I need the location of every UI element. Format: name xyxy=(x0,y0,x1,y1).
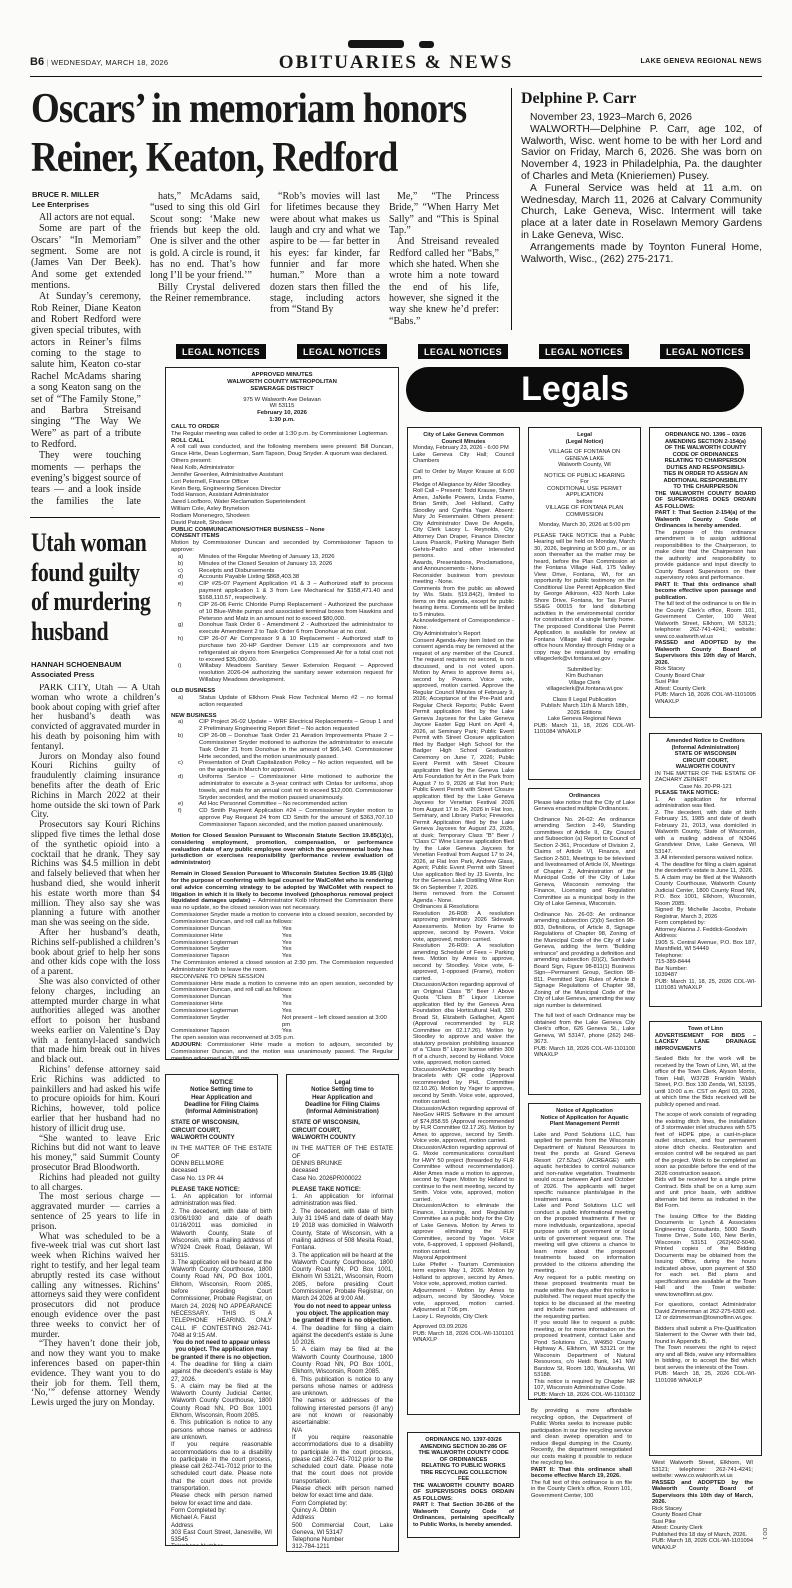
paragraph: PUB: March 18, 2026 COL-WI-1101095 WNAXL… xyxy=(655,692,756,705)
legal-notices-bar-1: LEGAL NOTICES xyxy=(176,344,266,359)
paragraph: 1. An application for informal administr… xyxy=(292,1193,393,1208)
paragraph: deceased xyxy=(292,1167,393,1174)
legal-notices-bar-3: LEGAL NOTICES xyxy=(418,344,508,359)
paragraph: Any request for a public meeting on thes… xyxy=(534,1275,635,1321)
paragraph: Please take notice that the City of Lake… xyxy=(534,800,635,813)
paragraph: “Rob’s movies will last for lifetimes be… xyxy=(270,191,380,316)
byline-author: BRUCE R. MILLER xyxy=(32,190,142,200)
paragraph: Comments from the public as allowed by W… xyxy=(413,586,514,619)
paragraph: 3. The application will be heard at the … xyxy=(292,1252,393,1303)
paragraph: Commissioner Hirte made a motion to conv… xyxy=(171,981,393,995)
paragraph: Case No. 2026PR000022 xyxy=(292,1175,393,1182)
paragraph: Jared Loofboro, Water Reclamation Superi… xyxy=(171,499,393,506)
paragraph: Todd Hanson, Assistant Administrator xyxy=(171,492,393,499)
obituary-body: November 23, 1923–March 6, 2026WALWORTH—… xyxy=(521,112,762,332)
paragraph: Monday, February 23, 2026 - 6:00 PM xyxy=(413,445,514,452)
paragraph: The Issuing Office for the Bidding Docum… xyxy=(655,1214,756,1299)
notice-estate-bellmore: NOTICENotice Setting time toHear Applica… xyxy=(165,1074,278,1546)
paragraph: Notice Setting time to xyxy=(292,1086,393,1093)
paragraph: Lake and Pond Solutions LLC will conduct… xyxy=(534,1203,635,1275)
legals-banner: Legals xyxy=(406,367,744,412)
paragraph: Consent Agenda-Any item listed on the co… xyxy=(413,638,514,892)
notice-ordinance-1396-continuation: West Walworth Street, Elkhorn, WI 53121;… xyxy=(651,1460,754,1575)
paragraph: Resolution 26-R08: A resolution approvin… xyxy=(413,911,514,944)
paragraph: Deadline for Filing Claims xyxy=(171,1101,272,1108)
paragraph: The full text of this ordinance is on fi… xyxy=(531,1480,632,1500)
lead-column-1: All actors are not equal.Some are part o… xyxy=(31,212,141,508)
paragraph: At Sunday’s ceremony, Rob Reiner, Diane … xyxy=(31,291,141,450)
paragraph: If you require reasonable accommodations… xyxy=(171,1441,272,1492)
paragraph: The scope of work consists of regrading … xyxy=(655,1112,756,1177)
paragraph: “She wanted to leave Eric Richins but di… xyxy=(31,1135,160,1174)
notice-ordinance-1397: ORDINANCE NO. 1397-03/26AMENDING SECTION… xyxy=(407,1432,520,1538)
paragraph: 5. A claim may be filed at the Walworth … xyxy=(655,875,756,908)
paragraph: STATE OF WISCONSIN, xyxy=(292,1119,393,1126)
paragraph: David Patzelt, Shodeen xyxy=(171,520,393,527)
paragraph: Awards, Presentations, Proclamations, an… xyxy=(413,560,514,573)
paragraph: Call to Order by Mayor Krause at 6:00 pm… xyxy=(413,469,514,482)
paragraph: The names or addresses of the following … xyxy=(292,1397,393,1426)
notice-creditors-zeinert: Amended Notice to Creditors(Informal Adm… xyxy=(649,733,762,1007)
paragraph: The purpose of this ordinance amendment … xyxy=(655,530,756,582)
paragraph: Others present: xyxy=(171,458,393,465)
legal-notices-bar-5: LEGAL NOTICES xyxy=(660,344,750,359)
paragraph: Jurors on Monday also found Kouri Richin… xyxy=(31,753,160,822)
lead-headline-line1: Oscars’ in memoriam honors xyxy=(31,85,453,134)
paragraph: You do not need to appear unless you obj… xyxy=(171,1339,272,1361)
paragraph: Motion for Closed Session Pursuant to Wi… xyxy=(171,833,393,867)
paragraph: PART II: That this ordinance shall becom… xyxy=(655,582,756,602)
paragraph: 2. The decedent, with date of birth July… xyxy=(292,1208,393,1252)
paragraph: RELATING TO PUBLIC WORKS xyxy=(413,1463,514,1470)
paragraph: Monday, March 30, 2026 at 5:00 pm xyxy=(534,522,635,529)
paragraph: ADJOURN: Commissioner Hirte made a motio… xyxy=(171,1042,393,1060)
paragraph: Address xyxy=(171,1522,272,1529)
paragraph: Telephone Number xyxy=(171,1543,272,1546)
paragraph: 2. The decedent, with date of birth Febr… xyxy=(655,810,756,856)
paragraph: (Informal Administration) xyxy=(171,1108,272,1115)
byline-org: Associated Press xyxy=(31,670,161,680)
paragraph: Ordinance No. 26-03: An ordinance amendi… xyxy=(534,912,635,1010)
paragraph: Ordinance No. 26-02: An ordinance amendi… xyxy=(534,817,635,908)
paragraph: Discussion/Action regarding approval of … xyxy=(413,982,514,1067)
paragraph: 3. The application will be heard at the … xyxy=(171,1259,272,1339)
notice-lake-geneva-ordinances: OrdinancesPlease take notice that the Ci… xyxy=(528,788,641,1095)
byline-org: Lee Enterprises xyxy=(32,200,142,210)
paragraph: CIRCUIT COURT, xyxy=(292,1127,393,1134)
paragraph: Commissioner DuncanYes xyxy=(171,926,393,933)
paragraph: For questions, contact Administrator Dav… xyxy=(655,1302,756,1322)
paragraph: Remain in Closed Session Pursuant to Wis… xyxy=(171,871,393,912)
utah-headline-line2: found guilty xyxy=(31,558,142,588)
paragraph: 303 East Court Street, Janesville, WI 53… xyxy=(171,1529,272,1544)
paragraph: Form Completed by: xyxy=(292,1500,393,1507)
paragraph: 4. The deadline for filing a claim again… xyxy=(292,1325,393,1347)
paragraph: 6. This publication is notice to any per… xyxy=(292,1376,393,1398)
paragraph: Commissioner DuncanYes xyxy=(171,994,393,1001)
paragraph: 312-784-1211 xyxy=(292,1543,393,1550)
paragraph: Lake and Pond Solutions LLC, has applied… xyxy=(534,1132,635,1204)
paragraph: She was also convicted of other felony c… xyxy=(31,978,160,1066)
obituary-name: Delphine P. Carr xyxy=(521,90,636,108)
paragraph: NOTICE xyxy=(171,1079,272,1086)
paragraph: IN THE MATTER OF THE ESTATE OF xyxy=(292,1145,393,1160)
paragraph: PUB: March 11, 18, 2026 COL-WI-1101084 W… xyxy=(534,723,635,736)
paragraph: WALWORTH COUNTY METROPOLITAN xyxy=(171,379,393,386)
paragraph: DENNIS BRUNKE xyxy=(292,1160,393,1167)
paragraph: 1905 S. Central Avenue, P.O. Box 187, Ma… xyxy=(655,940,756,953)
paragraph: 1:30 p.m. xyxy=(171,417,393,424)
paragraph: f)CD Smith Payment Application #24 – Com… xyxy=(171,808,393,829)
paragraph: They were touching moments — perhaps the… xyxy=(31,450,141,508)
paragraph: a)Minutes of the Regular Meeting of Janu… xyxy=(171,554,393,561)
paragraph: deceased xyxy=(171,1167,272,1174)
paragraph: Jennifer Greenlee, Administrative Assist… xyxy=(171,472,393,479)
paragraph: Commissioner HirteYes xyxy=(171,1001,393,1008)
notice-council-minutes: City of Lake Geneva CommonCouncil Minute… xyxy=(407,427,520,1415)
byline-author: HANNAH SCHOENBAUM xyxy=(31,660,161,670)
paragraph: Prosecutors say Kouri Richins slipped fi… xyxy=(31,821,160,929)
paragraph: Commissioner TapsonYes xyxy=(171,1028,393,1035)
paragraph: Lori Peternell, Finance Officer xyxy=(171,479,393,486)
paragraph: 1. An application for informal administr… xyxy=(171,1193,272,1208)
paragraph: Commissioner SnyderYes xyxy=(171,946,393,953)
paragraph: PART I: That Section 30-286 of the Walwo… xyxy=(413,1502,514,1528)
paragraph: Notice Setting time to xyxy=(171,1086,272,1093)
utah-headline-line1: Utah woman xyxy=(31,528,142,558)
paragraph: (Informal Administration) xyxy=(292,1108,393,1115)
paragraph: Telephone Number xyxy=(292,1536,393,1543)
paragraph: PUB: March 18, 2026 COL-WI-1101102 WNAXL… xyxy=(534,1392,635,1401)
paragraph: NEW BUSINESS xyxy=(171,713,393,720)
paragraph: A roll call was conducted, and the follo… xyxy=(171,444,393,458)
paragraph: PASSED and ADOPTED by the Walworth Count… xyxy=(655,640,756,666)
lead-headline-line2: Reiner, Keaton, Redford xyxy=(31,134,453,183)
paragraph: OLD BUSINESS xyxy=(171,688,393,695)
paragraph: a)CIP Project 26-02 Update – WRF Electri… xyxy=(171,719,393,733)
paragraph: IN THE MATTER OF THE ESTATE OF ZACHARY Z… xyxy=(655,771,756,784)
paragraph: If you require reasonable accommodations… xyxy=(292,1434,393,1485)
paragraph: Commissioner SnyderNot present – left cl… xyxy=(171,1015,393,1029)
paragraph: “They haven’t done their job, and now th… xyxy=(31,1340,160,1409)
paragraph: Address xyxy=(292,1514,393,1521)
paragraph: The Regular meeting was called to order … xyxy=(171,431,393,438)
paragraph: PUBLIC COMMUNICATIONS/OTHER BUSINESS – N… xyxy=(171,527,393,534)
paragraph: This notice is required by Chapter NR 10… xyxy=(534,1379,635,1392)
paragraph: WALWORTH—Delphine P. Carr, age 102, of W… xyxy=(521,124,762,183)
paragraph: Quincy A. Obbin xyxy=(292,1507,393,1514)
legal-notices-bar-4: LEGAL NOTICES xyxy=(539,344,629,359)
notice-estate-brunke: LegalNotice Setting time toHear Applicat… xyxy=(286,1074,399,1552)
paragraph: Adjournment - Motion by Ames to adjourn,… xyxy=(413,1288,514,1314)
paragraph: Me,” “The Princess Bride,” “When Harry M… xyxy=(389,191,499,236)
paragraph: 4. The deadline for filing a claim again… xyxy=(655,862,756,875)
utah-body: PARK CITY, Utah — A Utah woman who wrote… xyxy=(31,684,160,1524)
paragraph: STATE OF WISCONSIN, xyxy=(171,1119,272,1126)
paragraph: Roll Call – Present: Todd Krause, Sherri… xyxy=(413,488,514,560)
paragraph: d)Uniforms Service – Commissioner Hirte … xyxy=(171,774,393,801)
paragraph: Commissioner LogtermanYes xyxy=(171,1008,393,1015)
paragraph: The open session was reconvened at 3:05 … xyxy=(171,1035,393,1042)
paragraph: villageclerk@vi.fontana.wi.gov xyxy=(534,686,635,693)
paragraph: The most serious charge — aggravated mur… xyxy=(31,1193,160,1232)
paragraph: CONSENT ITEMS xyxy=(171,533,393,540)
paragraph: 5. A claim may be filed at the Walworth … xyxy=(171,1383,272,1419)
paragraph: PUB: March 18, 2026 COL-WI-1101094 WNAXL… xyxy=(652,1538,753,1551)
paragraph: WALWORTH COUNTY xyxy=(171,1134,272,1141)
paragraph: d)Accounts Payable Listing $868,403.38 xyxy=(171,574,393,581)
paragraph: Please check with person named below for… xyxy=(292,1485,393,1500)
paragraph: OF THE WALWORTH COUNTY xyxy=(655,445,756,452)
paragraph: Bidders shall submit a Pre-Qualification… xyxy=(655,1326,756,1346)
notice-sewerage-minutes: APPROVED MINUTESWALWORTH COUNTY METROPOL… xyxy=(165,367,399,1060)
paragraph: e)CIP #25-07 Payment Application #1 & 3 … xyxy=(171,581,393,602)
paragraph: ROLL CALL xyxy=(171,438,393,445)
paragraph: By providing a more affordable recycling… xyxy=(531,1408,632,1467)
paragraph: g)Donohue Task Order 6 - Amendment 2 - A… xyxy=(171,622,393,636)
paragraph: If you would like to request a public me… xyxy=(534,1320,635,1379)
paragraph: PART I: That Section 2-154(a) of the Wal… xyxy=(655,510,756,530)
lead-byline: BRUCE R. MILLER Lee Enterprises xyxy=(32,190,142,209)
paragraph: THE WALWORTH COUNTY CODE xyxy=(413,1450,514,1457)
obituary-divider xyxy=(511,88,512,330)
paragraph: Motion by Commissioner Duncan and second… xyxy=(171,540,393,554)
paragraph: Michael A. Faust xyxy=(171,1514,272,1521)
paragraph: After her husband’s death, Richins self-… xyxy=(31,929,160,978)
paragraph: Hear Application and xyxy=(292,1094,393,1101)
masthead-paper-name: LAKE GENEVA REGIONAL NEWS xyxy=(641,58,763,65)
paragraph: A Funeral Service was held at 11 a.m. on… xyxy=(521,183,762,242)
paragraph: THE WALWORTH COUNTY BOARD OF SUPERVISORS… xyxy=(413,1483,514,1503)
paragraph: CALL TO ORDER xyxy=(171,424,393,431)
paragraph: Commissioner HirteYes xyxy=(171,933,393,940)
paragraph: PUB: March 18, 2026 COL-WI-1101100 WNAXL… xyxy=(534,1046,635,1059)
paragraph: What was scheduled to be a five-week tri… xyxy=(31,1233,160,1341)
print-artifact xyxy=(419,41,434,48)
notice-town-of-linn-bids: Town of LinnADVERTISEMENT FOR BIDS – LAC… xyxy=(649,1021,762,1456)
paragraph: RECONVENE TO OPEN SESSION xyxy=(171,974,393,981)
paragraph: The Commission entered a closed session … xyxy=(171,960,393,974)
paragraph: Resolution 26-R09: A resolution amending… xyxy=(413,943,514,982)
utah-byline: HANNAH SCHOENBAUM Associated Press xyxy=(31,660,161,679)
paragraph: You do not need to appear unless you obj… xyxy=(292,1303,393,1325)
paragraph: The full text of the ordinance is on fil… xyxy=(655,601,756,640)
paragraph: Richins had pleaded not guilty to all ch… xyxy=(31,1174,160,1194)
paragraph: Discussion/Action regarding city beach b… xyxy=(413,1067,514,1106)
paragraph: Some are part of the Oscars’ “In Memoria… xyxy=(31,223,141,291)
lead-column-2: hats,” McAdams said, “used to sing this … xyxy=(150,191,260,333)
newspaper-page: { "masthead": { "page": "B6", "sep": "|"… xyxy=(0,0,792,1588)
lead-column-3: “Rob’s movies will last for lifetimes be… xyxy=(270,191,380,333)
paragraph: 3. All interested persons waived notice. xyxy=(655,855,756,862)
paragraph: Billy Crystal delivered the Reiner remem… xyxy=(150,282,260,305)
paragraph: Lake Geneva City Hall; Council Chambers xyxy=(413,452,514,465)
paragraph: b)Minutes of the Closed Session of Janua… xyxy=(171,561,393,568)
utah-headline: Utah woman found guilty of murdering hus… xyxy=(31,528,163,646)
paragraph: PASSED and ADOPTED by the Walworth Count… xyxy=(652,1480,753,1506)
paragraph: 975 W Walworth Ave Delavan xyxy=(171,397,393,404)
paragraph: PART II: That this ordinance shall becom… xyxy=(531,1467,632,1480)
paragraph: e)Ad Hoc Personnel Committee – No recomm… xyxy=(171,801,393,808)
paragraph: 6. This publication is notice to any per… xyxy=(171,1419,272,1441)
print-artifact xyxy=(348,40,404,48)
paragraph: Legal xyxy=(292,1079,393,1086)
paragraph: Luke Pfeifer - Tourism Commission term e… xyxy=(413,1262,514,1288)
paragraph: Neal Kolb, Administrator xyxy=(171,465,393,472)
paragraph: ORDINANCE NO. 1396 – 03/26 xyxy=(655,432,756,439)
paragraph: ORDINANCE NO. 1397-03/26 xyxy=(413,1437,514,1444)
paragraph: RELATING TO CHAIRPERSON xyxy=(655,458,756,465)
paragraph: PUB: March 18, 2026 COL-WI-1101101 WNAXL… xyxy=(413,1331,514,1344)
paragraph: The full text of each Ordinance may be o… xyxy=(534,1013,635,1046)
paragraph: DONN BELLMORE xyxy=(171,1160,272,1167)
paragraph: PLEASE TAKE NOTICE: xyxy=(171,1186,272,1193)
paragraph: 1. An application for informal administr… xyxy=(655,797,756,810)
paragraph: William Cole, Axley Brynelson xyxy=(171,506,393,513)
paragraph: Rodiam Monenegro, Shodeen xyxy=(171,513,393,520)
paragraph: Commissioner Snyder made a motion to con… xyxy=(171,912,393,926)
paragraph: Discussion/Action regarding approval of … xyxy=(413,1106,514,1145)
printer-mark: DO 1 xyxy=(761,1528,767,1540)
paragraph: THE WALWORTH COUNTY BOARD OF SUPERVISORS… xyxy=(655,491,756,511)
paragraph: Sealed Bids for the work will be receive… xyxy=(655,1056,756,1108)
paragraph: APPROVED MINUTES xyxy=(171,372,393,379)
paragraph: 2. The decedent, with date of birth 03/0… xyxy=(171,1208,272,1259)
paragraph: f)CIP 26-06 Ferric Chloride Pump Replace… xyxy=(171,602,393,623)
notice-aquatic-plant-permit: Notice of ApplicationNotice of Applicati… xyxy=(528,1103,641,1400)
paragraph: Reconsider business from previous meetin… xyxy=(413,573,514,586)
paragraph: February 10, 2026 xyxy=(171,410,393,417)
paragraph: CIRCUIT COURT, xyxy=(171,1127,272,1134)
paragraph: i)Willabay Meadows Sanitary Sewer Extens… xyxy=(171,663,393,684)
notice-ordinance-1396: ORDINANCE NO. 1396 – 03/26AMENDING SECTI… xyxy=(649,427,762,718)
paragraph: 500 Commercial Court, Lake Geneva, WI 53… xyxy=(292,1522,393,1537)
paragraph: TIES IN ORDER TO ASSIGN AN xyxy=(655,471,756,478)
paragraph: Commissioner TapsonYes xyxy=(171,953,393,960)
paragraph: And Streisand revealed Redford called he… xyxy=(389,236,499,327)
paragraph: hats,” McAdams said, “used to sing this … xyxy=(150,191,260,282)
paragraph: c)Presentation of Draft Capitalization P… xyxy=(171,760,393,774)
paragraph: Kevin Berg, Engineering Services Directo… xyxy=(171,486,393,493)
paragraph: VILLAGE OF FONTANA PLAN xyxy=(534,505,635,512)
paragraph: Discussion/Action to eliminate the Finan… xyxy=(413,1203,514,1255)
paragraph: Lake Geneva Regional News xyxy=(534,716,635,723)
paragraph: PLEASE TAKE NOTICE: xyxy=(292,1186,393,1193)
paragraph: Discussion/Action regarding approval of … xyxy=(413,1145,514,1204)
story-divider-rule xyxy=(30,517,160,518)
paragraph: c)Receipts and Disbursements xyxy=(171,568,393,575)
paragraph: IN THE MATTER OF THE ESTATE OF xyxy=(171,1145,272,1160)
paragraph: VILLAGE OF FONTANA ON xyxy=(534,449,635,456)
paragraph: h)CIP 26-07 Air Compressor 9 & 10 Replac… xyxy=(171,636,393,663)
paragraph: Deadline for Filing Claims xyxy=(292,1101,393,1108)
paragraph: PARK CITY, Utah — A Utah woman who wrote… xyxy=(31,684,160,753)
notice-fontana-hearing: Legal(Legal Notice)VILLAGE OF FONTANA ON… xyxy=(528,427,641,780)
paragraph: Form Completed by: xyxy=(171,1507,272,1514)
legal-notices-bar-2: LEGAL NOTICES xyxy=(297,344,387,359)
paragraph: Commissioner LogtermanYes xyxy=(171,940,393,947)
paragraph: b)CIP 26-08 – Donohue Task Order 21 Aera… xyxy=(171,733,393,760)
paragraph: PUB: March 11, 18, 25, 2026 COL-WI-11010… xyxy=(655,979,756,992)
paragraph: Richins’ defense attorney said Eric Rich… xyxy=(31,1066,160,1135)
paragraph: WI 53115 xyxy=(171,403,393,410)
paragraph: ADVERTISEMENT FOR BIDS – LACKEY LANE DRA… xyxy=(655,1033,756,1053)
paragraph: Bids will be received for a single prime… xyxy=(655,1177,756,1210)
paragraph: Amended Notice to Creditors xyxy=(655,738,756,745)
paragraph: City of Lake Geneva Common xyxy=(413,432,514,439)
paragraph: PUB: March 18, 25, 2026 COL-WI-1101098 W… xyxy=(655,1371,756,1384)
paragraph: 4. The deadline for filing a claim again… xyxy=(171,1361,272,1383)
notice-ordinance-1397-continuation: By providing a more affordable recycling… xyxy=(530,1408,633,1568)
paragraph: 5. A claim may be filed at the Walworth … xyxy=(292,1346,393,1375)
paragraph: Hear Application and xyxy=(171,1094,272,1101)
paragraph: PUB: March 11, 18, 25, 2026 COL-WI-11010… xyxy=(292,1551,393,1552)
paragraph: Acknowledgement of Correspondence - None… xyxy=(413,618,514,631)
paragraph: Case No. 13 PR 44 xyxy=(171,1175,272,1182)
paragraph: PLEASE TAKE NOTICE that a Public Hearing… xyxy=(534,533,635,663)
paragraph: The Town reserves the right to reject an… xyxy=(655,1345,756,1371)
masthead-rule xyxy=(30,76,762,77)
utah-headline-line4: husband xyxy=(31,617,142,647)
paragraph: Arrangements made by Toynton Funeral Hom… xyxy=(521,242,762,266)
paragraph: Publish: March 11th & March 18th, 2026 E… xyxy=(534,703,635,716)
paragraph: WALWORTH COUNTY xyxy=(292,1134,393,1141)
paragraph: November 23, 1923–March 6, 2026 xyxy=(521,112,762,124)
paragraph: SEWERAGE DISTRICT xyxy=(171,386,393,393)
paragraph: a)Status Update of Elkhorn Peak Flow Tec… xyxy=(171,695,393,709)
paragraph: Signed By Michelle Jacobs, Probate Regis… xyxy=(655,907,756,920)
paragraph: N/A xyxy=(292,1427,393,1434)
utah-headline-line3: of murdering xyxy=(31,587,142,617)
paragraph: Please check with person named below for… xyxy=(171,1492,272,1507)
lead-headline: Oscars’ in memoriam honors Reiner, Keato… xyxy=(31,85,511,183)
lead-column-4: Me,” “The Princess Bride,” “When Harry M… xyxy=(389,191,499,333)
paragraph: West Walworth Street, Elkhorn, WI 53121;… xyxy=(652,1460,753,1480)
paragraph: Items removed from the Consent Agenda - … xyxy=(413,891,514,904)
paragraph: All actors are not equal. xyxy=(31,212,141,223)
